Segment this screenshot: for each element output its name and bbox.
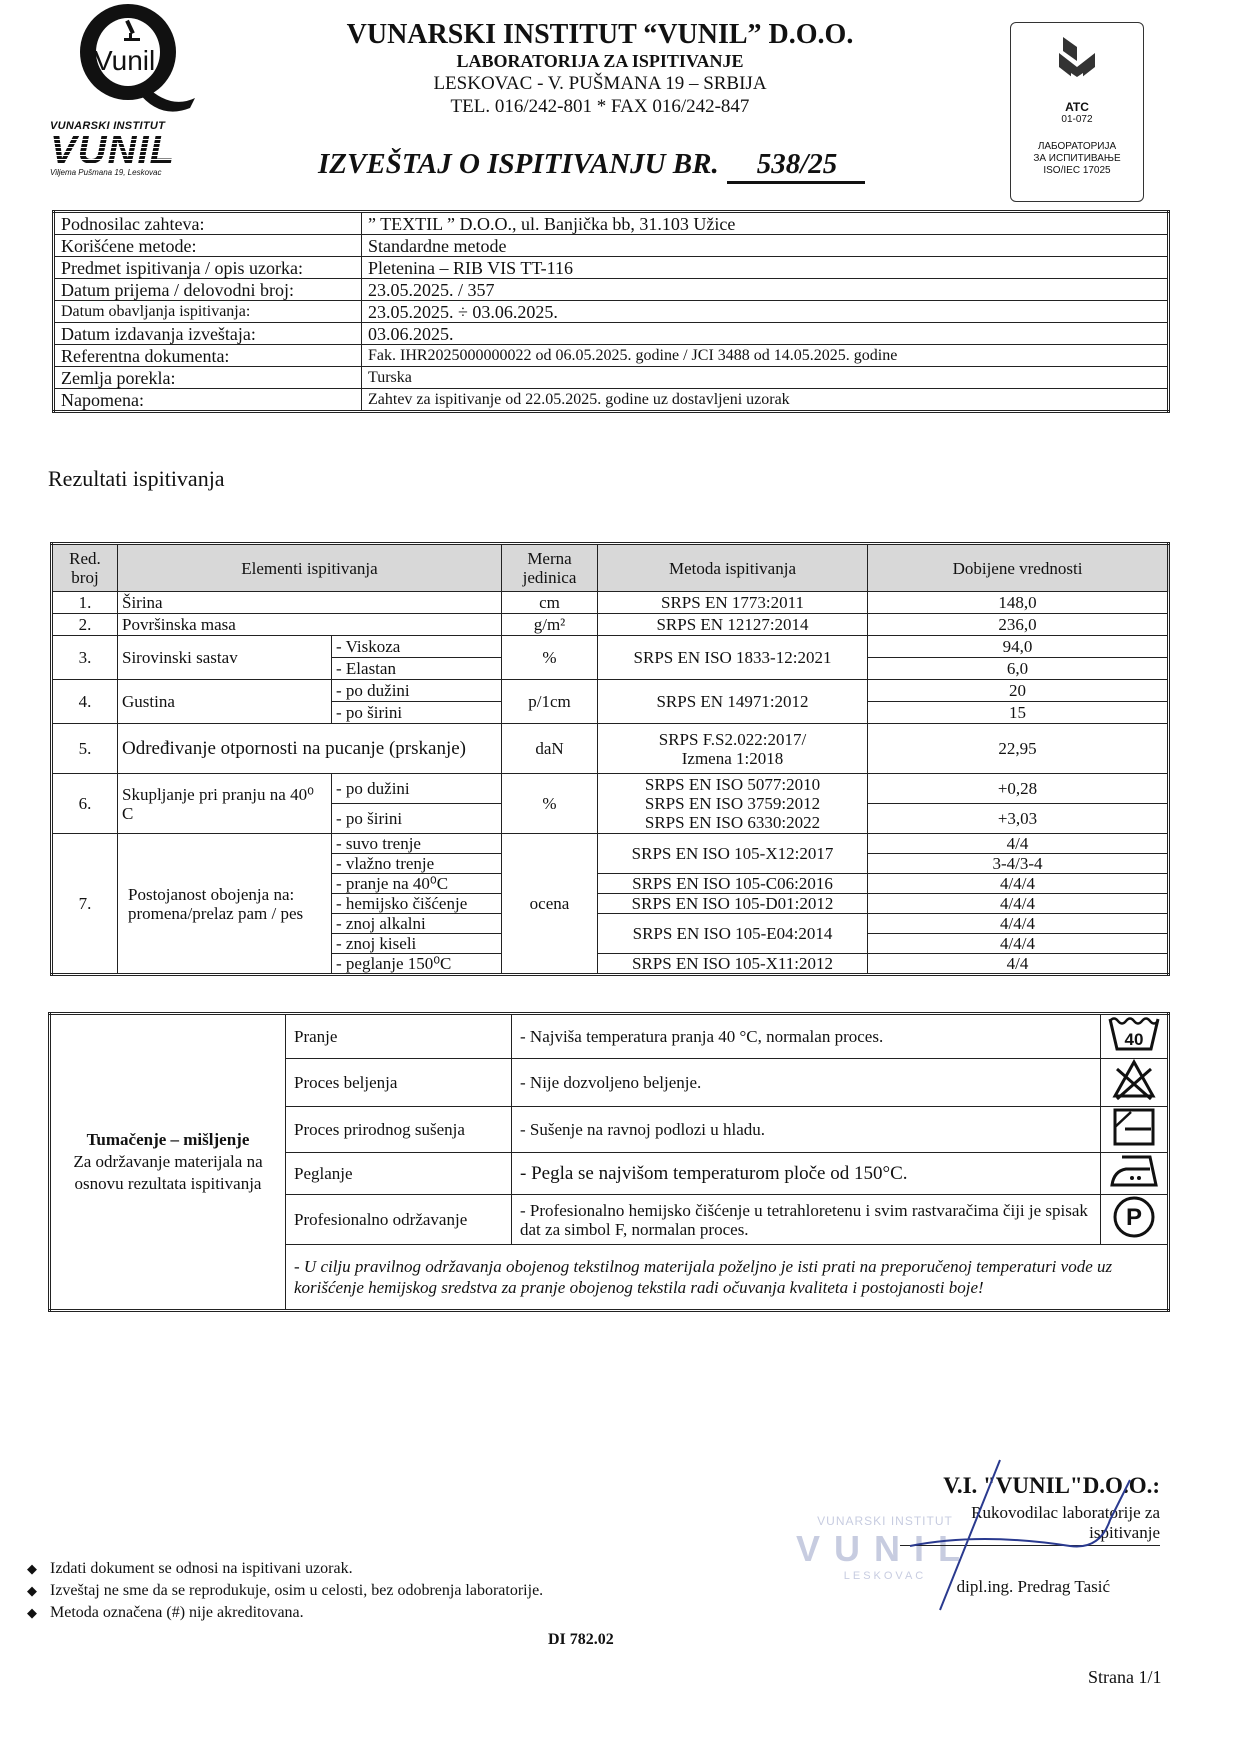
row-no: 4. xyxy=(52,680,118,724)
row-sub: - hemijsko čišćenje xyxy=(332,894,502,914)
handwritten-signature-icon xyxy=(900,1440,1140,1620)
row-unit: g/m² xyxy=(502,614,598,636)
document-code: DI 782.02 xyxy=(548,1631,614,1649)
row-element: Površinska masa xyxy=(118,614,502,636)
care-note: - U cilju pravilnog održavanja obojenog … xyxy=(286,1245,1169,1311)
row-sub: - Viskoza xyxy=(332,636,502,658)
row-value: 4/4/4 xyxy=(868,894,1169,914)
row-method: Izmena 1:2018 xyxy=(602,749,863,768)
info-label: Napomena: xyxy=(54,389,362,412)
row-sub: - po širini xyxy=(332,804,502,834)
row-unit: % xyxy=(502,636,598,680)
care-label: Pranje xyxy=(286,1014,512,1059)
company-name: VUNARSKI INSTITUT “VUNIL” D.O.O. xyxy=(300,20,900,50)
row-value: +3,03 xyxy=(868,804,1169,834)
row-method: SRPS EN 12127:2014 xyxy=(598,614,868,636)
svg-text:P: P xyxy=(1126,1204,1142,1231)
row-element: Postojanost obojenja na: promena/prelaz … xyxy=(118,834,332,975)
request-info-table: Podnosilac zahteva:” TEXTIL ” D.O.O., ul… xyxy=(52,210,1170,413)
atc-mark: ATC xyxy=(1011,100,1143,114)
row-element: Sirovinski sastav xyxy=(118,636,332,680)
row-sub: - pranje na 40⁰C xyxy=(332,874,502,894)
care-label: Proces beljenja xyxy=(286,1059,512,1107)
table-row: 5. Određivanje otpornosti na pucanje (pr… xyxy=(52,724,1169,774)
info-row: Zemlja porekla:Turska xyxy=(54,367,1169,389)
info-row: Datum obavljanja ispitivanja:23.05.2025.… xyxy=(54,301,1169,323)
row-value: 4/4/4 xyxy=(868,934,1169,954)
row-no: 2. xyxy=(52,614,118,636)
row-unit: cm xyxy=(502,592,598,614)
care-text: - Najviša temperatura pranja 40 °C, norm… xyxy=(512,1014,1101,1059)
q-logo-icon: Vunil xyxy=(50,0,200,120)
results-header-row: Red. broj Elementi ispitivanja Merna jed… xyxy=(52,544,1169,592)
info-label: Korišćene metode: xyxy=(54,235,362,257)
row-no: 5. xyxy=(52,724,118,774)
iron-two-dots-icon xyxy=(1101,1153,1169,1195)
row-unit: % xyxy=(502,774,598,834)
info-label: Datum prijema / delovodni broj: xyxy=(54,279,362,301)
institute-logo: Vunil xyxy=(50,0,200,120)
info-row: Podnosilac zahteva:” TEXTIL ” D.O.O., ul… xyxy=(54,212,1169,235)
row-sub: - po dužini xyxy=(332,774,502,804)
table-row: 3. Sirovinski sastav - Viskoza % SRPS EN… xyxy=(52,636,1169,658)
row-method: SRPS F.S2.022:2017/ xyxy=(602,730,863,749)
row-value: +0,28 xyxy=(868,774,1169,804)
company-phone: TEL. 016/242-801 * FAX 016/242-847 xyxy=(300,95,900,118)
report-title-text: IZVEŠTAJ O ISPITIVANJU BR. xyxy=(318,148,719,180)
info-row: Napomena:Zahtev za ispitivanje od 22.05.… xyxy=(54,389,1169,412)
row-method: SRPS EN ISO 105-D01:2012 xyxy=(598,894,868,914)
info-label: Zemlja porekla: xyxy=(54,367,362,389)
info-value: Standardne metode xyxy=(362,235,1169,257)
info-value: Fak. IHR2025000000022 od 06.05.2025. god… xyxy=(362,345,1169,367)
dry-clean-p-icon: P xyxy=(1101,1195,1169,1245)
info-value: 03.06.2025. xyxy=(362,323,1169,345)
svg-text:Vunil: Vunil xyxy=(94,45,155,76)
row-element: Određivanje otpornosti na pucanje (prska… xyxy=(118,724,502,774)
row-unit: p/1cm xyxy=(502,680,598,724)
info-label: Podnosilac zahteva: xyxy=(54,212,362,235)
atc-standard: ISO/IEC 17025 xyxy=(1011,165,1143,177)
info-row: Predmet ispitivanja / opis uzorka:Pleten… xyxy=(54,257,1169,279)
atc-line2: ЗА ИСПИТИВАЊЕ xyxy=(1011,153,1143,165)
care-label: Peglanje xyxy=(286,1153,512,1195)
lab-name: LABORATORIJA ZA ISPITIVANJE xyxy=(300,50,900,72)
row-no: 6. xyxy=(52,774,118,834)
row-value: 4/4 xyxy=(868,834,1169,854)
row-value: 4/4/4 xyxy=(868,874,1169,894)
atc-chevron-icon xyxy=(1057,37,1097,93)
row-no: 1. xyxy=(52,592,118,614)
info-value: Turska xyxy=(362,367,1169,389)
flat-dry-shade-icon xyxy=(1101,1107,1169,1153)
care-text: - Profesionalno hemijsko čišćenje u tetr… xyxy=(512,1195,1101,1245)
table-row: 2. Površinska masa g/m² SRPS EN 12127:20… xyxy=(52,614,1169,636)
accreditation-badge: ATC 01-072 ЛАБОРАТОРИЈА ЗА ИСПИТИВАЊЕ IS… xyxy=(1010,22,1144,202)
row-no: 7. xyxy=(52,834,118,975)
row-method: SRPS EN ISO 105-X11:2012 xyxy=(598,954,868,975)
report-title: IZVEŠTAJ O ISPITIVANJU BR.538/25 xyxy=(318,148,865,184)
care-text: - Nije dozvoljeno beljenje. xyxy=(512,1059,1101,1107)
row-sub: - znoj alkalni xyxy=(332,914,502,934)
row-method: SRPS EN ISO 105-X12:2017 xyxy=(598,834,868,874)
row-element: Širina xyxy=(118,592,502,614)
page-number: Strana 1/1 xyxy=(1088,1667,1162,1688)
logo-wordmark: VUNIL xyxy=(50,132,190,168)
info-label: Datum izdavanja izveštaja: xyxy=(54,323,362,345)
interpretation-title: Tumačenje – mišljenje xyxy=(87,1130,250,1149)
footnote: ◆Izveštaj ne sme da se reprodukuje, osim… xyxy=(14,1580,543,1602)
wash-40-icon: 40 xyxy=(1101,1014,1169,1059)
atc-line1: ЛАБОРАТОРИЈА xyxy=(1011,141,1143,153)
col-method: Metoda ispitivanja xyxy=(598,544,868,592)
row-value: 6,0 xyxy=(868,658,1169,680)
table-row: 6. Skupljanje pri pranju na 40⁰ C - po d… xyxy=(52,774,1169,804)
col-element: Elementi ispitivanja xyxy=(118,544,502,592)
row-value: 94,0 xyxy=(868,636,1169,658)
info-row: Korišćene metode:Standardne metode xyxy=(54,235,1169,257)
table-row: 1. Širina cm SRPS EN 1773:2011 148,0 xyxy=(52,592,1169,614)
row-unit: ocena xyxy=(502,834,598,975)
info-label: Datum obavljanja ispitivanja: xyxy=(54,301,362,323)
row-value: 4/4 xyxy=(868,954,1169,975)
row-sub: - Elastan xyxy=(332,658,502,680)
info-value: ” TEXTIL ” D.O.O., ul. Banjička bb, 31.1… xyxy=(362,212,1169,235)
info-value: Pletenina – RIB VIS TT-116 xyxy=(362,257,1169,279)
row-sub: - po širini xyxy=(332,702,502,724)
row-method: SRPS EN ISO 6330:2022 xyxy=(602,813,863,832)
row-value: 4/4/4 xyxy=(868,914,1169,934)
interpretation-cell: Tumačenje – mišljenje Za održavanje mate… xyxy=(50,1014,286,1311)
info-row: Datum prijema / delovodni broj:23.05.202… xyxy=(54,279,1169,301)
col-no: Red. broj xyxy=(52,544,118,592)
info-value: 23.05.2025. ÷ 03.06.2025. xyxy=(362,301,1169,323)
row-value: 20 xyxy=(868,680,1169,702)
row-value: 236,0 xyxy=(868,614,1169,636)
row-method: SRPS EN ISO 105-C06:2016 xyxy=(598,874,868,894)
institute-logo-text: VUNARSKI INSTITUT VUNIL Viljema Pušmana … xyxy=(50,120,190,177)
footnotes: ◆Izdati dokument se odnosi na ispitivani… xyxy=(14,1558,543,1624)
row-element: Skupljanje pri pranju na 40⁰ C xyxy=(118,774,332,834)
row-value: 3-4/3-4 xyxy=(868,854,1169,874)
report-number: 538/25 xyxy=(727,148,866,184)
letterhead: VUNARSKI INSTITUT “VUNIL” D.O.O. LABORAT… xyxy=(300,20,900,118)
table-row: 7. Postojanost obojenja na: promena/prel… xyxy=(52,834,1169,854)
care-text: - Sušenje na ravnoj podlozi u hladu. xyxy=(512,1107,1101,1153)
row-method: SRPS EN ISO 105-E04:2014 xyxy=(598,914,868,954)
row-sub: - znoj kiseli xyxy=(332,934,502,954)
footnote: ◆Metoda označena (#) nije akreditovana. xyxy=(14,1602,543,1624)
row-method: SRPS EN ISO 1833-12:2021 xyxy=(598,636,868,680)
care-text: - Pegla se najvišom temperaturom ploče o… xyxy=(512,1153,1101,1195)
info-label: Predmet ispitivanja / opis uzorka: xyxy=(54,257,362,279)
row-value: 15 xyxy=(868,702,1169,724)
row-sub: - suvo trenje xyxy=(332,834,502,854)
row-no: 3. xyxy=(52,636,118,680)
company-address: LESKOVAC - V. PUŠMANA 19 – SRBIJA xyxy=(300,72,900,95)
row-method: SRPS EN 14971:2012 xyxy=(598,680,868,724)
col-unit: Merna jedinica xyxy=(502,544,598,592)
row-value: 22,95 xyxy=(868,724,1169,774)
row-value: 148,0 xyxy=(868,592,1169,614)
svg-text:40: 40 xyxy=(1125,1030,1144,1049)
info-label: Referentna dokumenta: xyxy=(54,345,362,367)
col-value: Dobijene vrednosti xyxy=(868,544,1169,592)
row-sub: - po dužini xyxy=(332,680,502,702)
row-method: SRPS EN 1773:2011 xyxy=(598,592,868,614)
row-unit: daN xyxy=(502,724,598,774)
interpretation-text: Za održavanje materijala na osnovu rezul… xyxy=(73,1152,262,1193)
care-instructions-table: Tumačenje – mišljenje Za održavanje mate… xyxy=(48,1012,1170,1312)
footnote: ◆Izdati dokument se odnosi na ispitivani… xyxy=(14,1558,543,1580)
no-bleach-icon xyxy=(1101,1059,1169,1107)
results-heading: Rezultati ispitivanja xyxy=(48,466,225,492)
info-value: 23.05.2025. / 357 xyxy=(362,279,1169,301)
row-sub: - peglanje 150⁰C xyxy=(332,954,502,975)
row-element: Gustina xyxy=(118,680,332,724)
care-label: Profesionalno održavanje xyxy=(286,1195,512,1245)
info-row: Datum izdavanja izveštaja:03.06.2025. xyxy=(54,323,1169,345)
row-method: SRPS EN ISO 5077:2010 xyxy=(602,775,863,794)
row-method: SRPS EN ISO 3759:2012 xyxy=(602,794,863,813)
info-value: Zahtev za ispitivanje od 22.05.2025. god… xyxy=(362,389,1169,412)
info-row: Referentna dokumenta:Fak. IHR20250000000… xyxy=(54,345,1169,367)
results-table: Red. broj Elementi ispitivanja Merna jed… xyxy=(50,542,1170,976)
care-row: Tumačenje – mišljenje Za održavanje mate… xyxy=(50,1014,1169,1059)
table-row: 4. Gustina - po dužini p/1cm SRPS EN 149… xyxy=(52,680,1169,702)
row-sub: - vlažno trenje xyxy=(332,854,502,874)
atc-number: 01-072 xyxy=(1011,114,1143,125)
care-label: Proces prirodnog sušenja xyxy=(286,1107,512,1153)
